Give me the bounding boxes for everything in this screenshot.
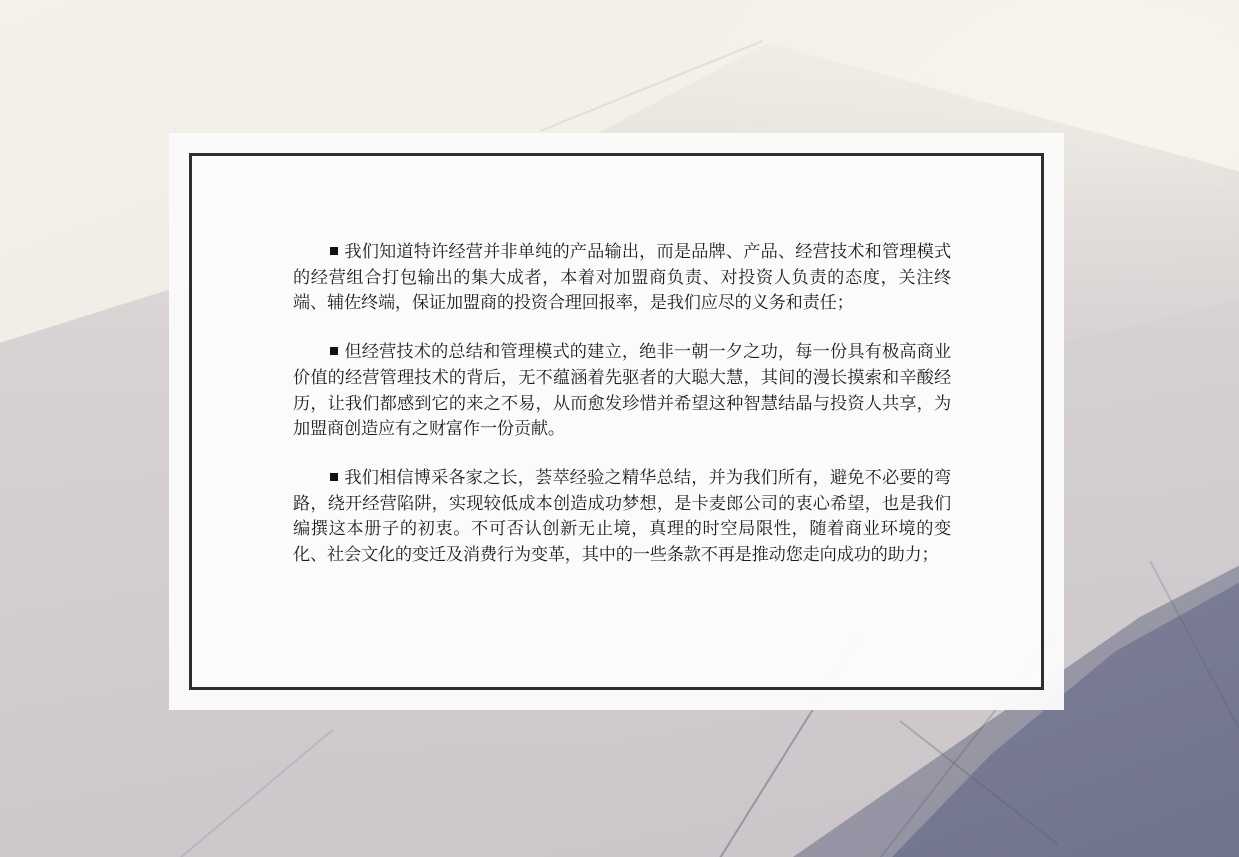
paragraph: 但经营技术的总结和管理模式的建立，绝非一朝一夕之功，每一份具有极高商业价值的经营…: [293, 340, 951, 443]
square-bullet-icon: [330, 247, 338, 255]
square-bullet-icon: [330, 347, 338, 355]
document-body: 我们知道特许经营并非单纯的产品输出，而是品牌、产品、经营技术和管理模式的经营组合…: [293, 240, 951, 592]
paragraph-text: 但经营技术的总结和管理模式的建立，绝非一朝一夕之功，每一份具有极高商业价值的经营…: [293, 342, 951, 439]
paragraph: 我们知道特许经营并非单纯的产品输出，而是品牌、产品、经营技术和管理模式的经营组合…: [293, 240, 951, 317]
paragraph: 我们相信博采各家之长，荟萃经验之精华总结，并为我们所有，避免不必要的弯路，绕开经…: [293, 466, 951, 569]
paragraph-text: 我们知道特许经营并非单纯的产品输出，而是品牌、产品、经营技术和管理模式的经营组合…: [293, 242, 951, 313]
square-bullet-icon: [330, 473, 338, 481]
paragraph-text: 我们相信博采各家之长，荟萃经验之精华总结，并为我们所有，避免不必要的弯路，绕开经…: [293, 468, 951, 565]
